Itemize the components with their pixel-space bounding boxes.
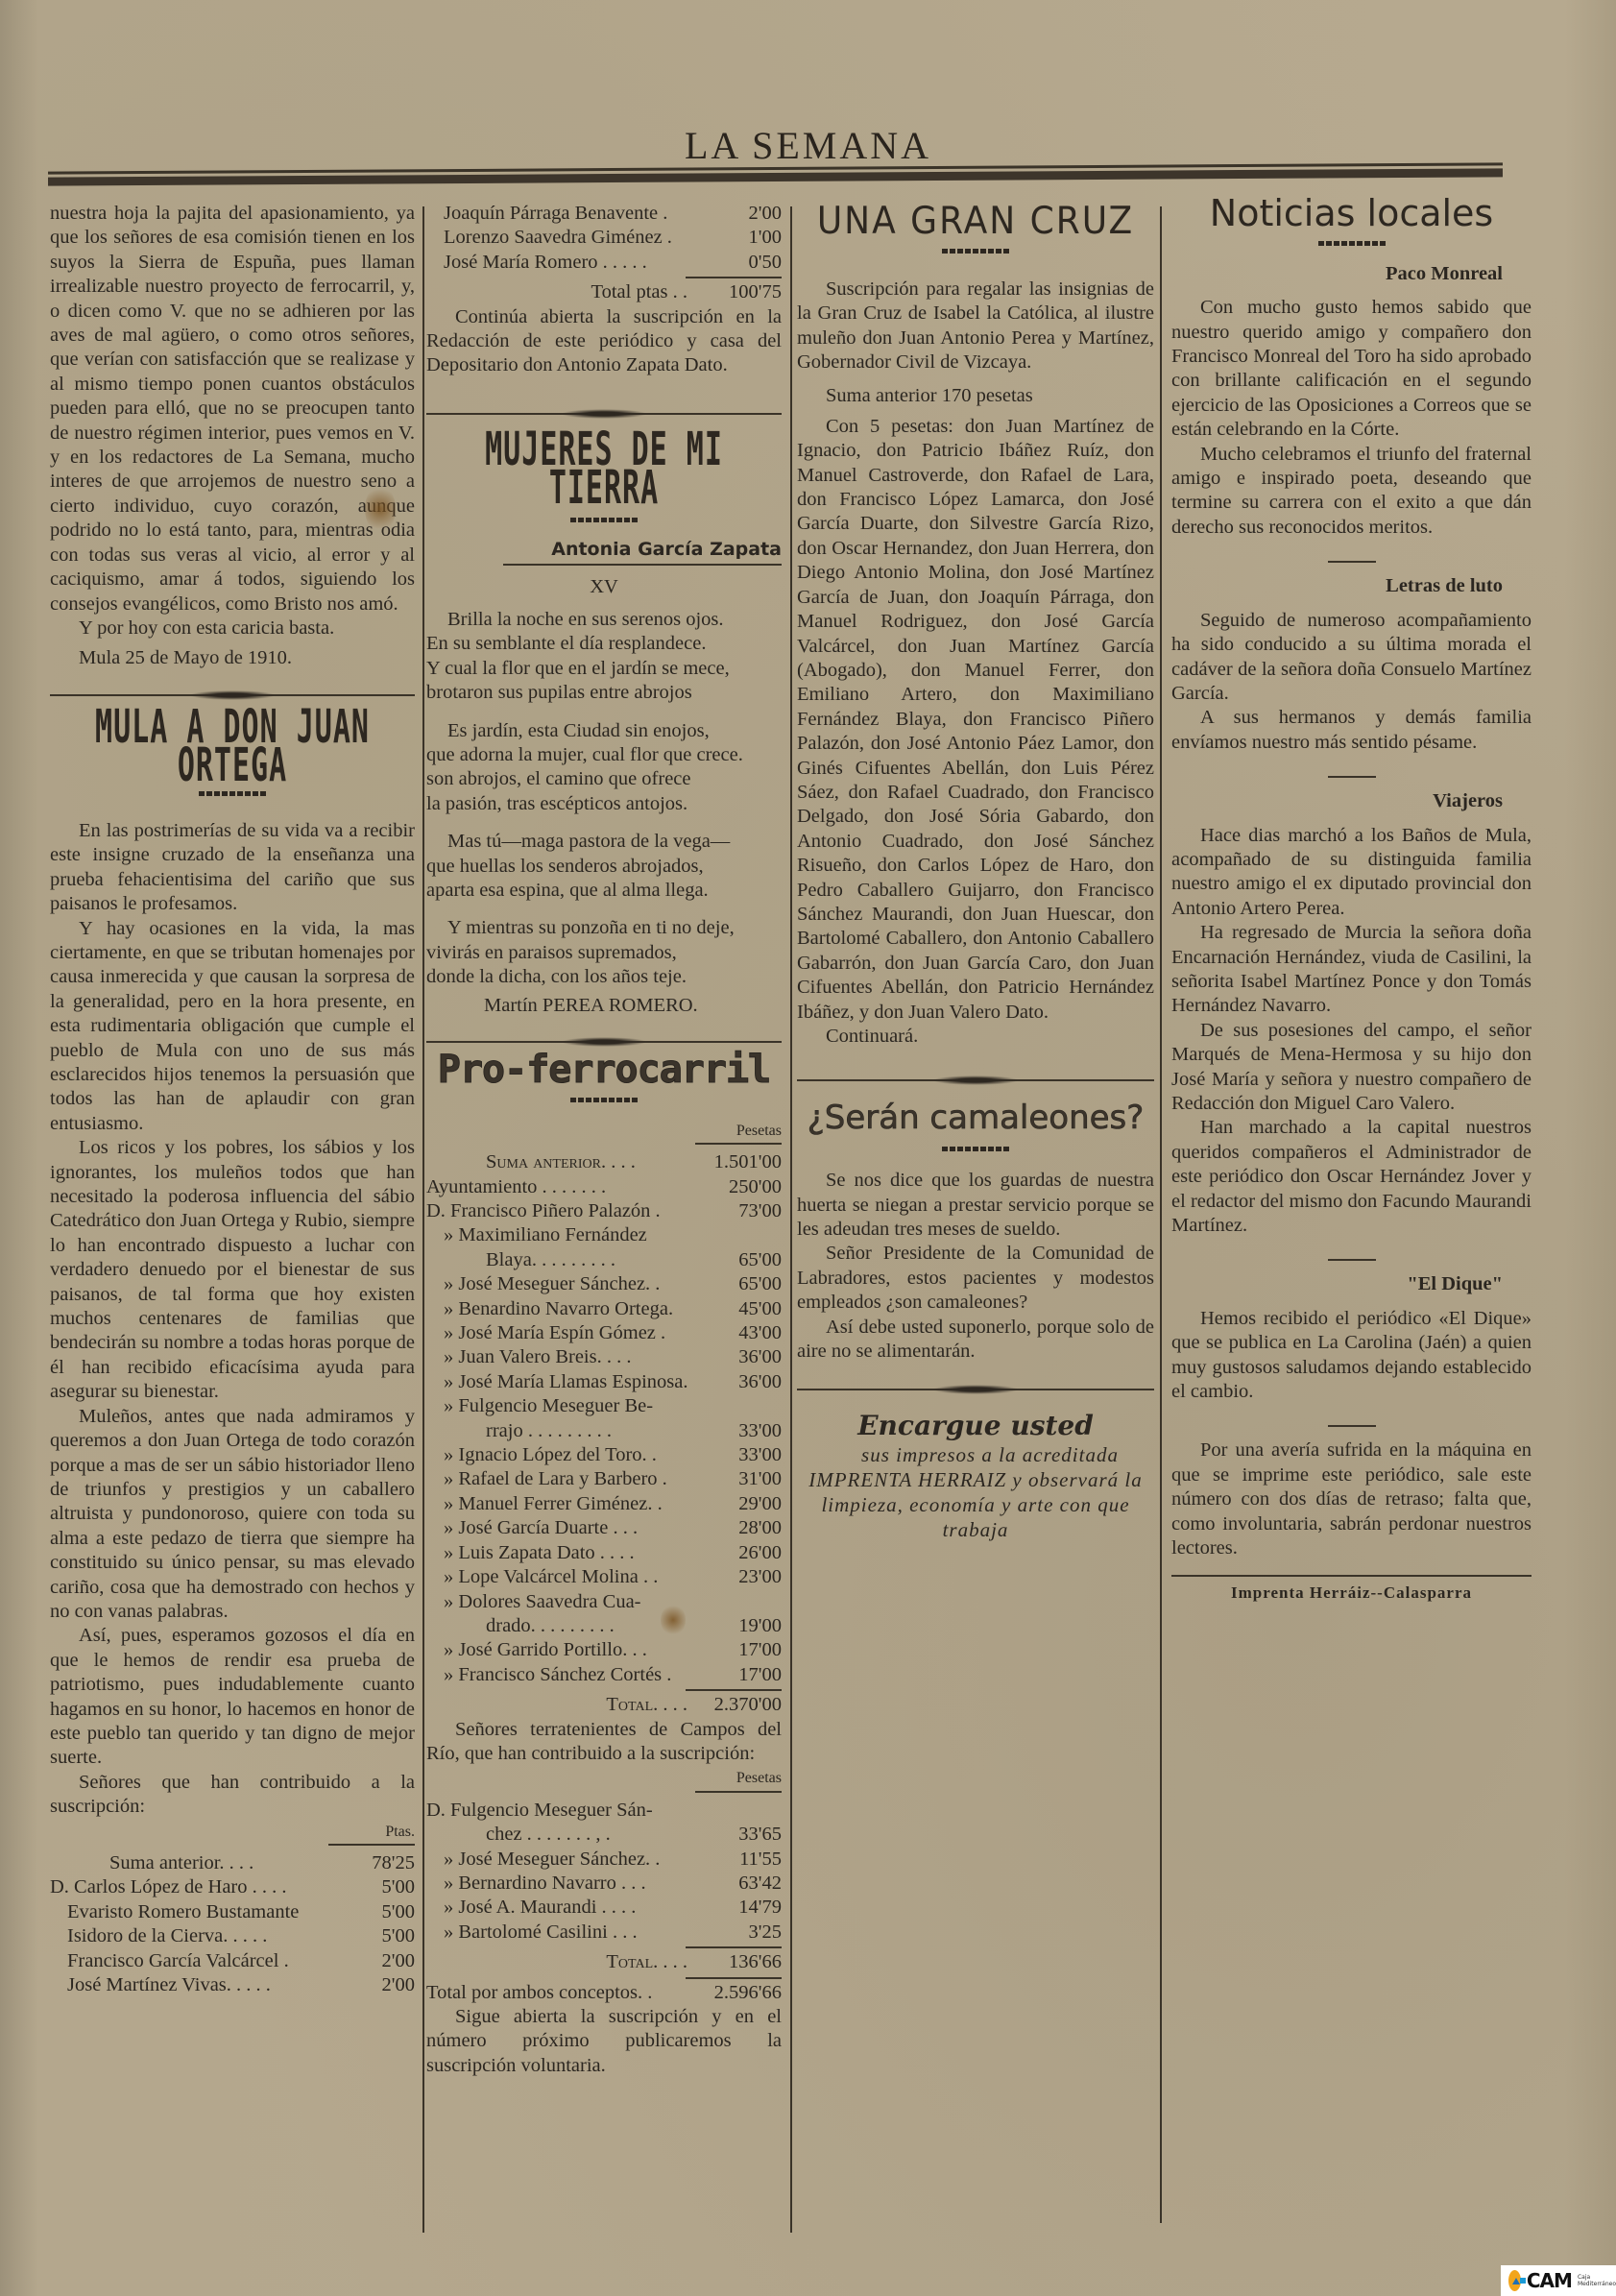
news-subheading: Letras de luto: [1171, 574, 1532, 598]
contribution-row: » Benardino Navarro Ortega.45'00: [426, 1297, 782, 1321]
contributor-name: Isidoro de la Cierva. . . . .: [50, 1924, 330, 1948]
contributor-name: » Juan Valero Breis. . . .: [426, 1345, 697, 1369]
unit-rule: [328, 1844, 415, 1846]
poem-author: Martín PEREA ROMERO.: [426, 994, 782, 1018]
sum-rule: [686, 1689, 782, 1691]
article-intro: Suscripción para regalar las insignias d…: [797, 278, 1154, 375]
cam-logo-icon: [1508, 2270, 1521, 2291]
contributor-name: » Bartolomé Casilini . . .: [426, 1921, 697, 1945]
contribution-row: Evaristo Romero Bustamante5'00: [50, 1900, 415, 1924]
printer-imprint: Imprenta Herráiz--Calasparra: [1171, 1575, 1532, 1605]
paper-stain: [661, 1604, 686, 1636]
contribution-amount: 2'00: [330, 1973, 415, 1997]
section-divider: [1328, 1259, 1376, 1261]
contribution-amount: 36'00: [697, 1345, 782, 1369]
poem-line: Mas tú—maga pastora de la vega—: [426, 830, 782, 854]
contributor-name: D. Fulgencio Meseguer Sán-: [426, 1799, 697, 1823]
ad-body: sus impresos a la acreditada IMPRENTA HE…: [797, 1442, 1154, 1542]
total-amount: 136'66: [697, 1950, 782, 1974]
contributor-name: » Fulgencio Meseguer Be-: [426, 1394, 697, 1418]
contribution-row: » Francisco Sánchez Cortés .17'00: [426, 1663, 782, 1687]
unit-label: Pesetas: [426, 1119, 782, 1143]
contribution-amount: 1'00: [697, 226, 782, 250]
contribution-row: » José Meseguer Sánchez. .65'00: [426, 1272, 782, 1296]
news-paragraph: Por una avería sufrida en la máquina en …: [1171, 1438, 1532, 1560]
contribution-amount: 29'00: [697, 1492, 782, 1516]
news-subheading: "El Dique": [1171, 1272, 1532, 1296]
article-paragraph: Así debe usted suponerlo, porque solo de…: [797, 1316, 1154, 1365]
poem-line: Y cual la flor que en el jardín se mece,: [426, 657, 782, 681]
column-divider: [790, 206, 792, 2233]
article-paragraph: Los ricos y los pobres, los sábios y los…: [50, 1136, 415, 1404]
poem-headline: MUJERES DE MI TIERRA: [426, 431, 782, 509]
article-paragraph: Y hay ocasiones en la vida, la mas ciert…: [50, 917, 415, 1137]
article-paragraph: Se nos dice que los guardas de nuestra h…: [797, 1169, 1154, 1242]
newspaper-masthead: LA SEMANA: [0, 123, 1616, 168]
cam-logo-text: CAM: [1527, 2269, 1572, 2292]
poem-line: que huellas los senderos abrojados,: [426, 855, 782, 879]
contribution-amount: 65'00: [697, 1272, 782, 1296]
contribution-amount: 73'00: [697, 1199, 782, 1223]
contribution-row: » Rafael de Lara y Barbero .31'00: [426, 1467, 782, 1491]
contributor-name: Suma anterior. . . .: [426, 1150, 697, 1174]
total-label: Total ptas . .: [426, 280, 697, 304]
total-row: Total. . . .136'66: [426, 1950, 782, 1974]
contributor-name: » Benardino Navarro Ortega.: [426, 1297, 697, 1321]
unit-label: Pesetas: [426, 1766, 782, 1790]
prior-sum: Suma anterior 170 pesetas: [797, 384, 1154, 408]
contributor-name: » Rafael de Lara y Barbero .: [426, 1467, 697, 1491]
contribution-amount: 17'00: [697, 1663, 782, 1687]
closing-note: Sigue abierta la suscripción y en el núm…: [426, 2005, 782, 2078]
contribution-amount: 2'00: [697, 202, 782, 226]
article-headline: ¿Serán camaleones?: [797, 1106, 1154, 1130]
contribution-amount: 26'00: [697, 1541, 782, 1565]
contribution-row: » José García Duarte . . .28'00: [426, 1516, 782, 1540]
total-label: Total. . . .: [426, 1693, 697, 1717]
contributor-name: D. Francisco Piñero Palazón .: [426, 1199, 697, 1223]
contributor-name: José Martínez Vivas. . . . .: [50, 1973, 330, 1997]
contributor-name: » Dolores Saavedra Cua-: [426, 1590, 697, 1614]
contribution-row: Suma anterior. . . .78'25: [50, 1851, 415, 1875]
contribution-amount: 0'50: [697, 251, 782, 275]
article-paragraph: Señores que han contribuido a la suscrip…: [50, 1771, 415, 1820]
contribution-row: rrajo . . . . . . . . .33'00: [426, 1419, 782, 1443]
poem-line: brotaron sus pupilas entre abrojos: [426, 681, 782, 705]
contributor-name: » Francisco Sánchez Cortés .: [426, 1663, 697, 1687]
contributor-name: » José María Llamas Espinosa.: [426, 1370, 697, 1394]
contributor-name: » Lope Valcárcel Molina . .: [426, 1565, 697, 1589]
ornament-divider: [797, 1383, 1154, 1396]
poem-line: la pasión, tras escépticos antojos.: [426, 792, 782, 816]
contribution-amount: 5'00: [330, 1900, 415, 1924]
donor-list: Con 5 pesetas: don Juan Martínez de Igna…: [797, 415, 1154, 1025]
ornament-divider: [426, 407, 782, 421]
column-divider: [422, 206, 424, 2233]
contribution-row: » Juan Valero Breis. . . .36'00: [426, 1345, 782, 1369]
poem-dedication: Antonia García Zapata: [503, 538, 782, 566]
contribution-amount: 43'00: [697, 1321, 782, 1345]
contribution-row: » José Garrido Portillo. . .17'00: [426, 1638, 782, 1662]
contribution-row: » Manuel Ferrer Giménez. .29'00: [426, 1492, 782, 1516]
pro-ferrocarril-headline: Pro-ferrocarril: [426, 1058, 782, 1082]
contribution-amount: 5'00: [330, 1924, 415, 1948]
total-row: Total ptas . .100'75: [426, 280, 782, 304]
contribution-row: » Bernardino Navarro . . .63'42: [426, 1872, 782, 1896]
cam-logo-subtext: Caja Mediterráneo: [1578, 2274, 1616, 2287]
poem-line: donde la dicha, con los años teje.: [426, 965, 782, 989]
dot-ornament: [797, 239, 1154, 263]
news-paragraph: De sus posesiones del campo, el señor Ma…: [1171, 1019, 1532, 1117]
grand-total-row: Total por ambos conceptos. .2.596'66: [426, 1981, 782, 2005]
news-subheading: Paco Monreal: [1171, 262, 1532, 286]
contribution-amount: 2'00: [330, 1949, 415, 1973]
ornament-divider: [426, 1035, 782, 1049]
news-paragraph: A sus hermanos y demás familia envíamos …: [1171, 706, 1532, 755]
contributor-name: Evaristo Romero Bustamante: [50, 1900, 330, 1924]
section-headline: Noticias locales: [1171, 202, 1532, 226]
poem-stanza: Mas tú—maga pastora de la vega— que huel…: [426, 830, 782, 903]
cam-watermark-logo: CAM Caja Mediterráneo: [1501, 2265, 1616, 2296]
pro-ferrocarril-list: Suma anterior. . . .1.501'00Ayuntamiento…: [426, 1150, 782, 1687]
poem-stanza: Es jardín, esta Ciudad sin enojos, que a…: [426, 719, 782, 817]
article-headline: UNA GRAN CRUZ: [797, 208, 1154, 235]
contribution-amount: 33'65: [697, 1823, 782, 1847]
contribution-amount: [697, 1394, 782, 1418]
contribution-amount: 14'79: [697, 1896, 782, 1920]
contributor-name: » José García Duarte . . .: [426, 1516, 697, 1540]
contribution-row: » José Meseguer Sánchez. .11'55: [426, 1848, 782, 1872]
contribution-amount: 31'00: [697, 1467, 782, 1491]
poem-line: Y mientras su ponzoña en ti no deje,: [426, 916, 782, 940]
contributor-name: » José María Espín Gómez .: [426, 1321, 697, 1345]
article-paragraph: Muleños, antes que nada admiramos y quer…: [50, 1405, 415, 1625]
contribution-row: » Ignacio López del Toro. .33'00: [426, 1443, 782, 1467]
news-paragraph: Ha regresado de Murcia la señora doña En…: [1171, 921, 1532, 1019]
contribution-amount: 5'00: [330, 1875, 415, 1899]
contributor-name: Blaya. . . . . . . . .: [426, 1248, 697, 1272]
contributor-name: » Ignacio López del Toro. .: [426, 1443, 697, 1467]
poem-line: Brilla la noche en sus serenos ojos.: [426, 608, 782, 632]
news-paragraph: Seguido de numeroso acompañamiento ha si…: [1171, 609, 1532, 707]
contribution-amount: 65'00: [697, 1248, 782, 1272]
contribution-row: José Martínez Vivas. . . . .2'00: [50, 1973, 415, 1997]
contributor-name: rrajo . . . . . . . . .: [426, 1419, 697, 1443]
contribution-row: Lorenzo Saavedra Giménez .1'00: [426, 226, 782, 250]
contributor-name: Ayuntamiento . . . . . . .: [426, 1175, 697, 1199]
contributor-name: » José Garrido Portillo. . .: [426, 1638, 697, 1662]
contribution-row: José María Romero . . . . .0'50: [426, 251, 782, 275]
unit-label: Ptas.: [50, 1820, 415, 1844]
contribution-amount: 28'00: [697, 1516, 782, 1540]
contribution-row: Joaquín Párraga Benavente .2'00: [426, 202, 782, 226]
contributor-name: chez . . . . . . . , .: [426, 1823, 697, 1847]
contribution-amount: 3'25: [697, 1921, 782, 1945]
column-3: UNA GRAN CRUZ Suscripción para regalar l…: [797, 202, 1154, 1542]
contribution-row: Isidoro de la Cierva. . . . .5'00: [50, 1924, 415, 1948]
column-4: Noticias locales Paco MonrealCon mucho g…: [1171, 202, 1532, 1605]
campos-del-rio-list: D. Fulgencio Meseguer Sán-chez . . . . .…: [426, 1799, 782, 1945]
contributor-name: » José Meseguer Sánchez. .: [426, 1848, 697, 1872]
article-headline: MULA A DON JUAN ORTEGA: [50, 708, 415, 785]
contributor-name: » José A. Maurandi . . . .: [426, 1896, 697, 1920]
contribution-row: » Lope Valcárcel Molina . .23'00: [426, 1565, 782, 1589]
sum-rule: [686, 277, 782, 278]
poem-stanza: Y mientras su ponzoña en ti no deje, viv…: [426, 916, 782, 989]
news-paragraph: Hemos recibido el periódico «El Dique» q…: [1171, 1307, 1532, 1405]
poem-line: que adorna la mujer, cual flor que crece…: [426, 743, 782, 767]
contribution-row: D. Fulgencio Meseguer Sán-: [426, 1799, 782, 1823]
contribution-amount: [697, 1223, 782, 1247]
contribution-row: drado. . . . . . . . .19'00: [426, 1614, 782, 1638]
contribution-amount: 36'00: [697, 1370, 782, 1394]
contributor-name: José María Romero . . . . .: [426, 251, 697, 275]
poem-number: XV: [426, 575, 782, 599]
column-2: Joaquín Párraga Benavente .2'00 Lorenzo …: [426, 202, 782, 2078]
contribution-row: » Dolores Saavedra Cua-: [426, 1590, 782, 1614]
news-paragraph: Hace dias marchó a los Baños de Mula, ac…: [1171, 824, 1532, 922]
article-paragraph: Señor Presidente de la Comunidad de Labr…: [797, 1242, 1154, 1315]
contribution-row: » Maximiliano Fernández: [426, 1223, 782, 1247]
dot-ornament: [1171, 231, 1532, 255]
column-divider: [1160, 206, 1162, 2223]
news-sections: Paco MonrealCon mucho gusto hemos sabido…: [1171, 262, 1532, 1561]
contribution-row: » José María Espín Gómez .43'00: [426, 1321, 782, 1345]
news-paragraph: Han marchado a la capital nuestros queri…: [1171, 1116, 1532, 1238]
masthead-rule: [48, 163, 1503, 186]
total-label: Total. . . .: [426, 1950, 697, 1974]
contribution-row: » Luis Zapata Dato . . . .26'00: [426, 1541, 782, 1565]
news-paragraph: Con mucho gusto hemos sabido que nuestro…: [1171, 296, 1532, 442]
ornament-divider: [50, 689, 415, 702]
article-paragraph: En las postrimerías de su vida va a reci…: [50, 819, 415, 917]
dateline: Mula 25 de Mayo de 1910.: [50, 646, 415, 670]
news-subheading: Viajeros: [1171, 789, 1532, 813]
campos-intro: Señores terratenientes de Campos del Río…: [426, 1718, 782, 1767]
section-divider: [1328, 776, 1376, 778]
letter-closing: Y por hoy con esta caricia basta.: [50, 616, 415, 640]
contribution-amount: 17'00: [697, 1638, 782, 1662]
contributor-name: Joaquín Párraga Benavente .: [426, 202, 697, 226]
contributor-name: » Maximiliano Fernández: [426, 1223, 697, 1247]
contributor-name: drado. . . . . . . . .: [426, 1614, 697, 1638]
contributor-name: D. Carlos López de Haro . . . .: [50, 1875, 330, 1899]
contributor-name: Lorenzo Saavedra Giménez .: [426, 226, 697, 250]
contribution-amount: 33'00: [697, 1419, 782, 1443]
sum-rule: [686, 1977, 782, 1979]
contributor-name: » Bernardino Navarro . . .: [426, 1872, 697, 1896]
section-divider: [1328, 561, 1376, 563]
contribution-amount: 1.501'00: [697, 1150, 782, 1174]
contribution-amount: 250'00: [697, 1175, 782, 1199]
contribution-amount: 19'00: [697, 1614, 782, 1638]
continued-note: Continuará.: [797, 1025, 1154, 1049]
poem-line: son abrojos, el camino que ofrece: [426, 767, 782, 791]
news-paragraph: Mucho celebramos el triunfo del fraterna…: [1171, 443, 1532, 541]
paper-stain: [365, 485, 396, 533]
poem-line: aparta esa espina, que al alma llega.: [426, 879, 782, 903]
total-amount: 2.370'00: [697, 1693, 782, 1717]
contribution-amount: 11'55: [697, 1848, 782, 1872]
poem-stanza: Brilla la noche en sus serenos ojos. En …: [426, 608, 782, 706]
dot-ornament: [797, 1137, 1154, 1161]
column-1: nuestra hoja la pajita del apasionamient…: [50, 202, 415, 1997]
contributor-name: Francisco García Valcárcel .: [50, 1949, 330, 1973]
total-amount: 2.596'66: [697, 1981, 782, 2005]
contributor-name: Suma anterior. . . .: [50, 1851, 330, 1875]
contribution-row: » Fulgencio Meseguer Be-: [426, 1394, 782, 1418]
contribution-row: Suma anterior. . . .1.501'00: [426, 1150, 782, 1174]
total-row: Total. . . .2.370'00: [426, 1693, 782, 1717]
total-label: Total por ambos conceptos. .: [426, 1981, 697, 2005]
letter-paragraph: nuestra hoja la pajita del apasionamient…: [50, 202, 415, 616]
contribution-amount: 23'00: [697, 1565, 782, 1589]
article-paragraph: Así, pues, esperamos gozosos el día en q…: [50, 1624, 415, 1770]
contribution-row: chez . . . . . . . , .33'65: [426, 1823, 782, 1847]
contribution-amount: [697, 1590, 782, 1614]
sum-rule: [686, 1946, 782, 1948]
contribution-row: » Bartolomé Casilini . . .3'25: [426, 1921, 782, 1945]
contribution-amount: 63'42: [697, 1872, 782, 1896]
unit-rule: [695, 1143, 782, 1145]
contribution-row: Francisco García Valcárcel .2'00: [50, 1949, 415, 1973]
ornament-divider: [797, 1074, 1154, 1087]
poem-line: vivirás en paraisos supremados,: [426, 941, 782, 965]
contribution-amount: 33'00: [697, 1443, 782, 1467]
contribution-row: Ayuntamiento . . . . . . .250'00: [426, 1175, 782, 1199]
contributor-name: » José Meseguer Sánchez. .: [426, 1272, 697, 1296]
contributor-name: » Manuel Ferrer Giménez. .: [426, 1492, 697, 1516]
subscription-note: Continúa abierta la suscripción en la Re…: [426, 305, 782, 378]
poem: Brilla la noche en sus serenos ojos. En …: [426, 608, 782, 1018]
ad-title: Encargue usted: [797, 1414, 1154, 1438]
dot-ornament: [426, 1088, 782, 1112]
section-divider: [1328, 1425, 1376, 1427]
contribution-row: » José A. Maurandi . . . .14'79: [426, 1896, 782, 1920]
poem-line: Es jardín, esta Ciudad sin enojos,: [426, 719, 782, 743]
contribution-amount: [697, 1799, 782, 1823]
contribution-row: D. Carlos López de Haro . . . .5'00: [50, 1875, 415, 1899]
contribution-row: D. Francisco Piñero Palazón .73'00: [426, 1199, 782, 1223]
contribution-row: Blaya. . . . . . . . .65'00: [426, 1248, 782, 1272]
contribution-amount: 45'00: [697, 1297, 782, 1321]
contributor-name: » Luis Zapata Dato . . . .: [426, 1541, 697, 1565]
poem-line: En su semblante el día resplandece.: [426, 632, 782, 656]
contribution-amount: 78'25: [330, 1851, 415, 1875]
unit-rule: [695, 1791, 782, 1793]
contribution-row: » José María Llamas Espinosa.36'00: [426, 1370, 782, 1394]
total-amount: 100'75: [697, 280, 782, 304]
